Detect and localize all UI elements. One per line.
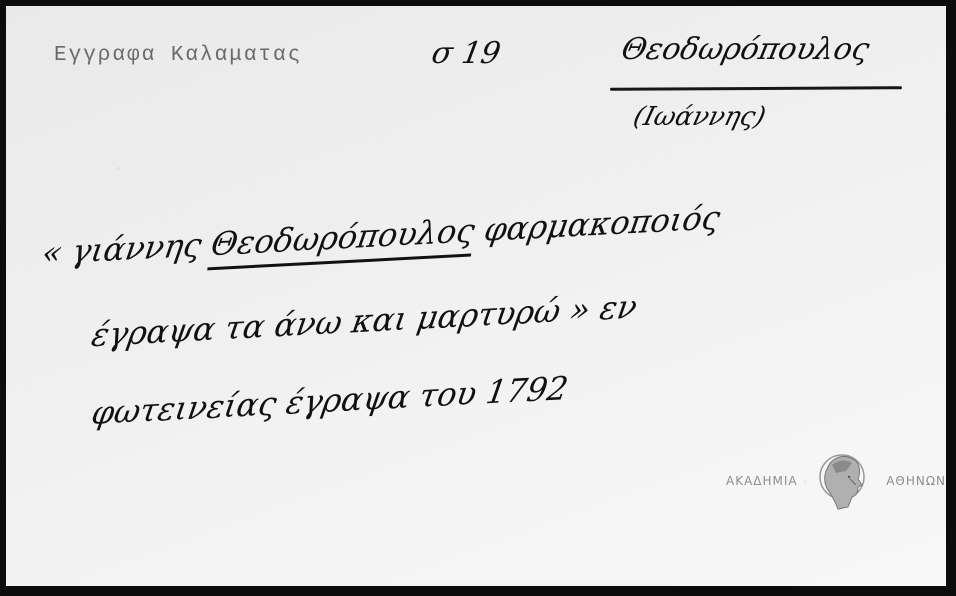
body-line-3: φωτεινείας έγραψα του 1792 [89, 369, 571, 432]
given-name: (Ιωάννης) [630, 102, 769, 132]
archive-index-card: Εγγραφα Καλαματας σ 19 Θεοδωρόπουλος (Ιω… [6, 6, 946, 586]
surname-heading: Θεοδωρόπουλος [618, 32, 872, 67]
body-line-2: έγραψα τα άνω και μαρτυρώ » εν [89, 287, 640, 354]
reference-number: σ 19 [429, 36, 503, 71]
athena-head-icon [816, 449, 868, 513]
academy-of-athens-watermark: ΑΚΑΔΗΜΙΑ ΑΘΗΝΩΝ [726, 446, 946, 516]
typed-collection-header: Εγγραφα Καλαματας [54, 44, 302, 67]
body-line-1: « γιάννης Θεοδωρόπουλος φαρμακοποιός [38, 198, 722, 279]
heading-underline [610, 86, 902, 91]
body-line-1-before: « γιάννης [40, 225, 215, 272]
watermark-left-text: ΑΚΑΔΗΜΙΑ [726, 474, 798, 488]
body-line-1-after: φαρμακοποιός [471, 198, 722, 249]
underlined-surname: Θεοδωρόπουλος [207, 211, 477, 270]
watermark-right-text: ΑΘΗΝΩΝ [886, 474, 946, 488]
